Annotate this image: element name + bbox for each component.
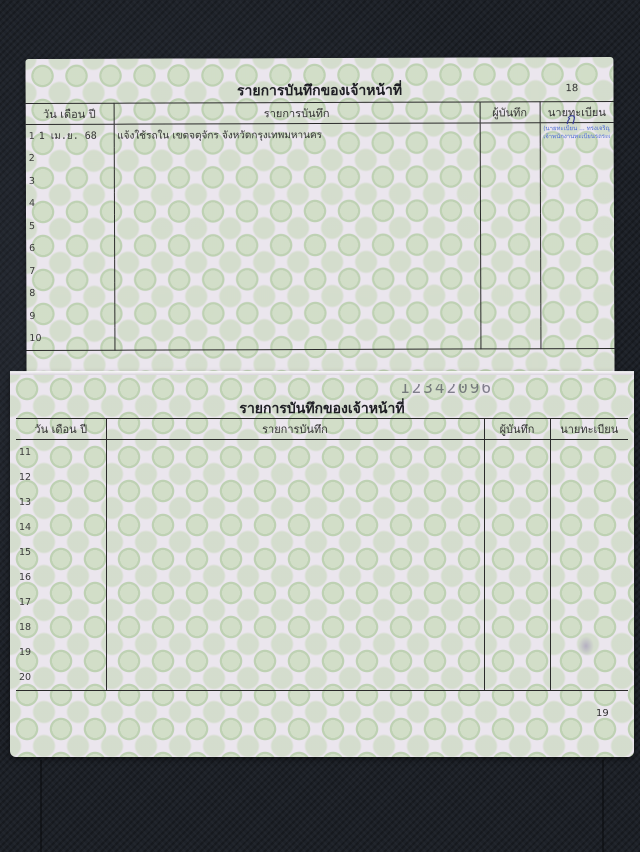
- registrar-stamp: (นายทะเบียน ... ทรงเจริญ) เจ้าพนักงานทะเ…: [543, 125, 609, 141]
- entry-text: แจ้งใช้รถใน เขตจตุจักร จังหวัดกรุงเทพมหา…: [117, 130, 322, 142]
- table-row: 9: [26, 303, 614, 328]
- row-number: 19: [19, 647, 31, 658]
- table-row: 19: [16, 640, 628, 665]
- table-row: 4: [26, 190, 614, 215]
- column-header-entry: รายการบันทึก: [106, 419, 484, 440]
- row-number: 10: [29, 333, 41, 344]
- page-fold: [10, 371, 634, 375]
- row-number: 7: [29, 266, 35, 277]
- row-number: 13: [19, 497, 31, 508]
- row-number: 4: [29, 198, 35, 209]
- column-header-registrar: นายทะเบียน: [550, 419, 628, 440]
- recorder-cell: [480, 123, 540, 146]
- table-row: 11: [16, 440, 628, 466]
- column-header-date: วัน เดือน ปี: [16, 419, 106, 440]
- table-row: 7: [26, 258, 614, 283]
- row-number: 14: [19, 522, 31, 533]
- car-seat-seam: [40, 760, 604, 852]
- table-row: 13: [16, 490, 628, 515]
- page-title: รายการบันทึกของเจ้าหน้าที่: [10, 398, 634, 420]
- page-title: รายการบันทึกของเจ้าหน้าที่: [26, 79, 614, 103]
- stamp-name: (นายทะเบียน ... ทรงเจริญ): [543, 125, 609, 133]
- table-row: 15: [16, 540, 628, 565]
- stamp-title: เจ้าพนักงานทะเบียนรถระดับชำนาญงาน: [543, 133, 609, 141]
- row-number: 6: [29, 243, 35, 254]
- registrar-cell: (นายทะเบียน ... ทรงเจริญ) เจ้าพนักงานทะเ…: [540, 122, 614, 145]
- table-row: 5: [26, 213, 614, 238]
- row-number: 16: [19, 572, 31, 583]
- entry-date: 1 เม.ย. 68: [39, 131, 97, 142]
- table-row: 14: [16, 515, 628, 540]
- row-number: 12: [19, 472, 31, 483]
- table-row: 11 เม.ย. 68 แจ้งใช้รถใน เขตจตุจักร จังหว…: [26, 122, 614, 147]
- table-row: 16: [16, 565, 628, 590]
- table-row: 18: [16, 615, 628, 640]
- table-row: 6: [26, 235, 614, 260]
- row-number: 17: [19, 597, 31, 608]
- column-header-registrar: นายทะเบียน: [540, 101, 614, 122]
- row-number: 5: [29, 221, 35, 232]
- table-row: 8: [26, 280, 614, 305]
- row-number: 1: [29, 131, 35, 142]
- column-header-recorder: ผู้บันทึก: [484, 419, 550, 440]
- row-number: 8: [29, 288, 35, 299]
- column-header-date: วัน เดือน ปี: [26, 103, 114, 124]
- table-row: 10: [26, 325, 614, 350]
- table-row: 17: [16, 590, 628, 615]
- row-number: 3: [29, 176, 35, 187]
- table-row: 20: [16, 665, 628, 691]
- signature: ก: [565, 115, 575, 123]
- page-number: 19: [596, 708, 609, 719]
- row-number: 18: [19, 622, 31, 633]
- record-table: วัน เดือน ปี รายการบันทึก ผู้บันทึก นายท…: [26, 101, 615, 351]
- table-row: 3: [26, 168, 614, 193]
- row-number: 2: [29, 153, 35, 164]
- lower-record-page: รายการบันทึกของเจ้าหน้าที่ วัน เดือน ปี …: [10, 372, 634, 757]
- row-number: 20: [19, 672, 31, 683]
- upper-record-page: รายการบันทึกของเจ้าหน้าที่ 18 วัน เดือน …: [25, 57, 614, 379]
- column-header-recorder: ผู้บันทึก: [480, 102, 540, 123]
- row-number: 11: [19, 447, 31, 458]
- row-number: 15: [19, 547, 31, 558]
- table-row: 2: [26, 145, 614, 170]
- column-header-entry: รายการบันทึก: [114, 102, 480, 124]
- record-table: วัน เดือน ปี รายการบันทึก ผู้บันทึก นายท…: [16, 418, 628, 691]
- ink-bleed-mark: [578, 636, 594, 656]
- page-number: 18: [566, 83, 579, 94]
- row-number: 9: [29, 311, 35, 322]
- table-row: 12: [16, 465, 628, 490]
